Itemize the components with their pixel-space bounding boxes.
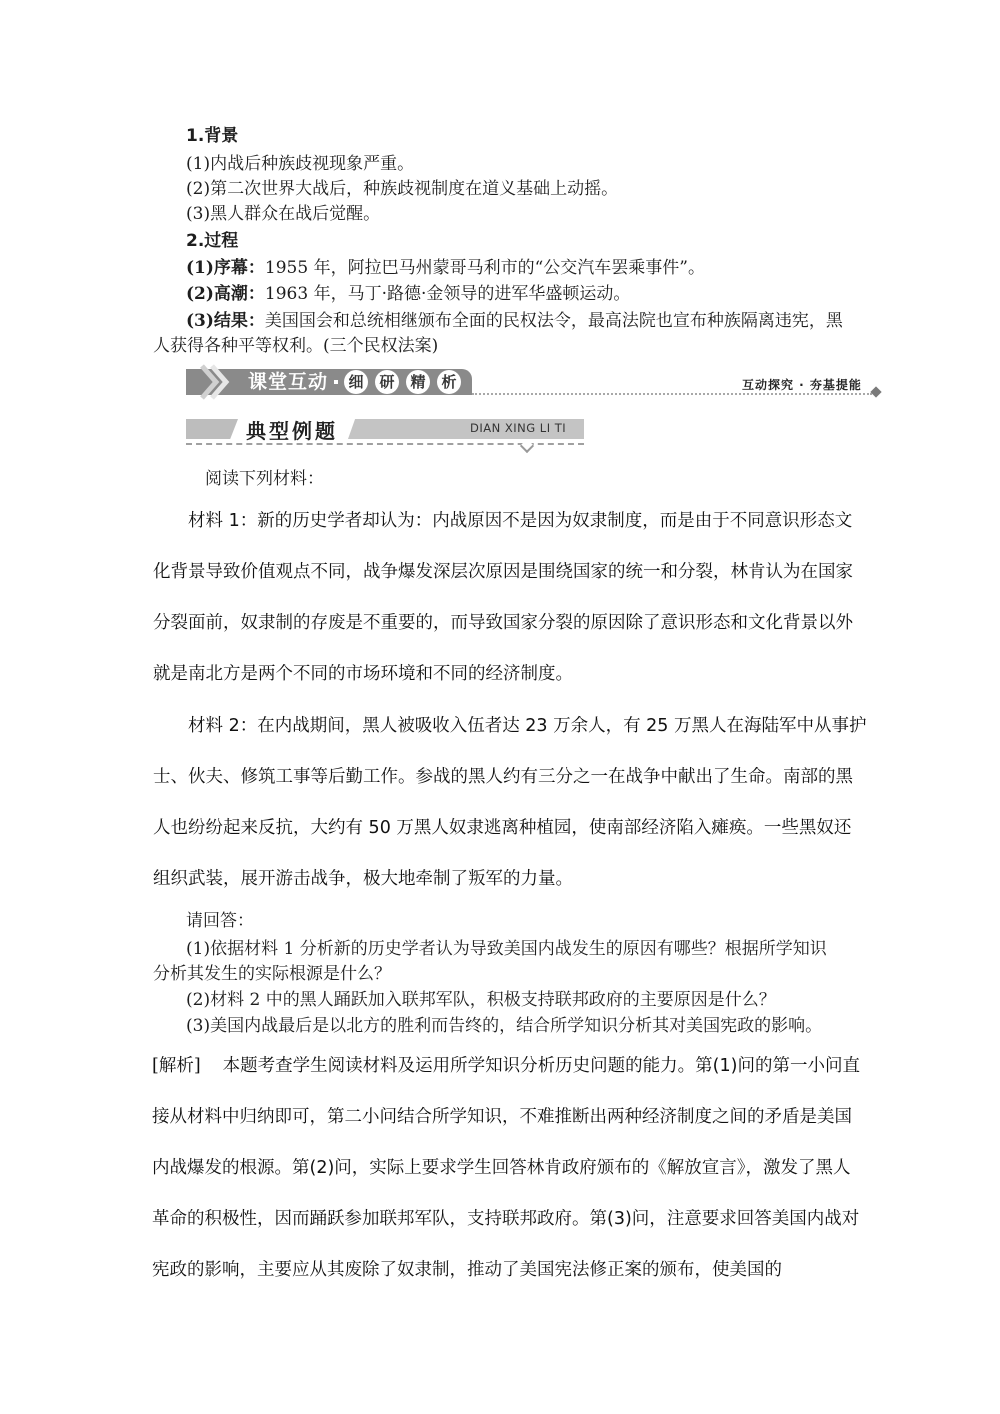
example-bar-left-block [186,419,238,439]
analysis-label: [解析] [152,1056,201,1076]
background-item: (2)第二次世界大战后，种族歧视制度在道义基础上动摇。 [186,178,618,200]
example-pinyin: DIAN XING LI TI [470,421,566,435]
analysis-line: 革命的积极性，因而踊跃参加联邦军队，支持联邦政府。第(3)问，注意要求回答美国内… [152,1208,859,1230]
process-text: 1955 年，阿拉巴马州蒙哥马利市的“公交汽车罢乘事件”。 [265,258,705,278]
material1-line: 分裂面前，奴隶制的存废是不重要的，而导致国家分裂的原因除了意识形态和文化背景以外 [153,612,853,634]
material1-line: 材料 1：新的历史学者却认为：内战原因不是因为奴隶制度，而是由于不同意识形态文 [188,510,852,532]
material2-line: 组织武装，展开游击战争，极大地牵制了叛军的力量。 [153,868,573,890]
analysis-text: 本题考查学生阅读材料及运用所学知识分析历史问题的能力。第(1)问的第一小问直 [223,1056,860,1076]
process-heading: 2.过程 [186,230,238,252]
process-item-result-continued: 人获得各种平等权利。(三个民权法案) [153,335,438,357]
material2-line: 士、伙夫、修筑工事等后勤工作。参战的黑人约有三分之一在战争中献出了生命。南部的黑 [153,766,853,788]
question-prompt: 请回答： [186,910,254,932]
banner-dotted-rule [472,393,872,395]
sub-question: (2)材料 2 中的黑人踊跃加入联邦军队，积极支持联邦政府的主要原因是什么？ [186,989,776,1011]
analysis-line: 内战爆发的根源。第(2)问，实际上要求学生回答林肯政府颁布的《解放宣言》，激发了… [152,1157,851,1179]
material2-line: 材料 2：在内战期间，黑人被吸收入伍者达 23 万余人，有 25 万黑人在海陆军… [188,715,866,737]
double-chevron-icon [196,362,236,402]
background-heading: 1.背景 [186,125,238,147]
analysis-line: 宪政的影响，主要应从其废除了奴隶制，推动了美国宪法修正案的颁布，使美国的 [152,1259,782,1281]
section-banner-subtitle: 互动探究 · 夯基提能 [742,376,862,393]
section-banner-title: 课堂互动 [248,370,328,394]
material1-line: 就是南北方是两个不同的市场环境和不同的经济制度。 [153,663,573,685]
banner-dot-separator [334,380,338,384]
process-item-climax: (2)高潮：1963 年，马丁·路德·金领导的进军华盛顿运动。 [186,283,630,305]
process-label: (1)序幕： [186,258,265,278]
sub-question-continued: 分析其发生的实际根源是什么？ [153,963,391,985]
process-item-result: (3)结果：美国国会和总统相继颁布全面的民权法令，最高法院也宣布种族隔离违宪，黑 [186,310,843,332]
example-title: 典型例题 [246,415,338,444]
diamond-icon [870,386,881,397]
analysis-line: 接从材料中归纳即可，第二小问结合所学知识，不难推断出两种经济制度之间的矛盾是美国 [152,1106,852,1128]
process-item-prelude: (1)序幕：1955 年，阿拉巴马州蒙哥马利市的“公交汽车罢乘事件”。 [186,257,705,279]
sub-question: (3)美国内战最后是以北方的胜利而告终的，结合所学知识分析其对美国宪政的影响。 [186,1015,822,1037]
process-text: 美国国会和总统相继颁布全面的民权法令，最高法院也宣布种族隔离违宪，黑 [265,311,843,331]
process-label: (2)高潮： [186,284,265,304]
question-intro: 阅读下列材料： [205,468,324,490]
sub-question: (1)依据材料 1 分析新的历史学者认为导致美国内战发生的原因有哪些？根据所学知… [186,938,827,960]
background-item: (3)黑人群众在战后觉醒。 [186,203,380,225]
background-item: (1)内战后种族歧视现象严重。 [186,153,414,175]
material1-line: 化背景导致价值观点不同，战争爆发深层次原因是围绕国家的统一和分裂，林肯认为在国家 [153,561,853,583]
circled-char: 细 [344,370,368,394]
process-text: 1963 年，马丁·路德·金领导的进军华盛顿运动。 [265,284,630,304]
circled-char: 研 [375,370,399,394]
circled-char: 析 [437,370,461,394]
process-label: (3)结果： [186,311,265,331]
material2-line: 人也纷纷起来反抗，大约有 50 万黑人奴隶逃离种植园，使南部经济陷入瘫痪。一些黑… [153,817,851,839]
chevron-down-icon [520,439,534,453]
analysis-first-line: [解析]本题考查学生阅读材料及运用所学知识分析历史问题的能力。第(1)问的第一小… [152,1055,860,1077]
circled-char: 精 [406,370,430,394]
